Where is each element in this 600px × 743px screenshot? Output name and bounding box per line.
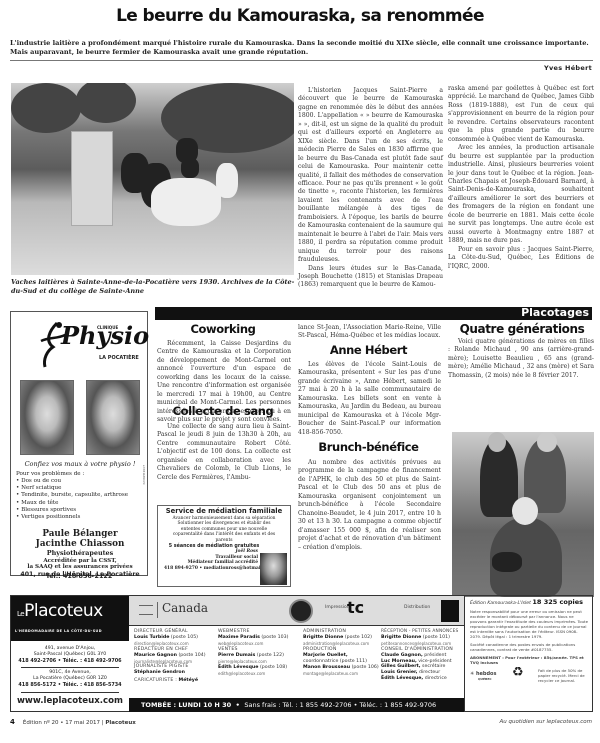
therapist-role: Physiothérapeutes <box>11 550 149 557</box>
page-footer: 4Édition nº 20 • 17 mai 2017 | Placoteux <box>10 718 136 726</box>
staff-column-2: WEBMESTRE Maxime Paradis (poste 103) web… <box>218 629 298 677</box>
website-link[interactable]: www.leplacoteux.com <box>11 696 129 706</box>
staff-column-4: RÉCEPTION - PETITES ANNONCES Brigitte Di… <box>381 629 466 682</box>
partners-bar: Canada Impression tc Distribution <box>129 596 464 626</box>
placoteux-logo[interactable]: LePlacoteux L'HEBDOMADAIRE DE LA CÔTE-DU… <box>11 596 129 641</box>
coworking-heading: Coworking <box>155 322 291 336</box>
ad-code: 3238PH1617 <box>142 465 147 485</box>
collecte-heading: Collecte de sang <box>155 404 291 418</box>
brunch-heading: Brunch-bénéfice <box>296 440 441 454</box>
staff-column-1: DIRECTEUR GÉNÉRAL Louis Turbide (poste 1… <box>134 629 214 684</box>
portrait-photo <box>86 380 140 455</box>
article-title: Le beurre du Kamouraska, sa renommée <box>0 6 600 26</box>
article-column-1: L'historien Jacques Saint-Pierre a décou… <box>298 87 443 290</box>
clinic-phone[interactable]: Tél.: 418 856-2122 <box>10 572 148 580</box>
mediation-ad[interactable]: Service de médiation familiale Avancer h… <box>157 505 291 587</box>
physio-ad[interactable]: CLINIQUE Physio LA POCATIÈRE Confiez vos… <box>10 311 148 576</box>
paragraph: Avec les années, la production artisanal… <box>448 144 594 245</box>
gov-logo-icon <box>139 605 153 615</box>
ad-list: • Dos ou de cou • Nerf sciatique • Tendi… <box>16 478 144 521</box>
article-lead: L'industrie laitière a profondément marq… <box>10 39 593 57</box>
byline: Yves Hébert <box>544 64 592 72</box>
mediator-photo <box>260 553 287 585</box>
deadline-bar: TOMBÉE : LUNDI 10 H 30 • Sans frais : Té… <box>129 698 464 712</box>
ad-slogan: Confiez vos maux à votre physio ! <box>11 460 149 468</box>
collecte-body: Une collecte de sang aura lieu à Saint-P… <box>157 423 291 482</box>
anne-hebert-heading: Anne Hébert <box>296 343 441 357</box>
anne-hebert-body: Les élèves de l'école Saint-Louis de Kam… <box>298 361 441 437</box>
seal-icon <box>289 599 313 623</box>
paragraph: L'historien Jacques Saint-Pierre a décou… <box>298 87 443 265</box>
article-column-2: raska amené par goélettes à Québec est f… <box>448 85 594 271</box>
paragraph: raska amené par goélettes à Québec est f… <box>448 85 594 144</box>
portrait-photo <box>20 380 74 455</box>
section-label: Placotages <box>455 306 589 319</box>
generations-photo <box>452 432 594 597</box>
divider <box>10 60 593 61</box>
page-number: 4 <box>10 718 15 726</box>
edition-info: Édition Kamouraska-L'Islet 18 325 copies… <box>464 596 593 712</box>
generations-body: Voici quatre générations de mères en fil… <box>448 338 594 380</box>
canada-wordmark: Canada <box>162 601 208 615</box>
address-saint-pascal: 491, avenue D'Anjou,Saint-Pascal (Québec… <box>11 646 129 666</box>
distribution-logo <box>441 600 459 622</box>
address-la-pocatiere: 901C, 4e Avenue,La Pocatière (Québec) G0… <box>11 670 129 690</box>
cows-photo <box>11 83 294 275</box>
staff-column-3: ADMINISTRATION Brigitte Dionne (poste 10… <box>303 629 383 677</box>
collecte-continued: lance St-Jean, l'Association Marie-Reine… <box>298 324 441 341</box>
tc-logo: tc <box>347 598 364 617</box>
therapist-names: Paule Bélanger Jacinthe Chiasson <box>11 530 149 549</box>
paragraph: Pour en savoir plus : Jacques Saint-Pier… <box>448 246 594 271</box>
generations-heading: Quatre générations <box>447 322 597 336</box>
hebdos-logo: ✳ hebdosQUÉBEC <box>470 672 496 682</box>
masthead: LePlacoteux L'HEBDOMADAIRE DE LA CÔTE-DU… <box>10 595 593 712</box>
recycle-icon: ♻ <box>512 670 524 675</box>
brunch-body: Au nombre des activités prévues au progr… <box>298 459 441 552</box>
paragraph: Dans leurs études sur le Bas-Canada, Jos… <box>298 265 443 290</box>
footer-tagline[interactable]: Au quotidien sur leplacoteux.com <box>500 719 593 725</box>
physio-logo: CLINIQUE Physio LA POCATIÈRE <box>39 319 139 369</box>
photo-caption: Vaches laitières à Sainte-Anne-de-la-Poc… <box>11 278 296 295</box>
